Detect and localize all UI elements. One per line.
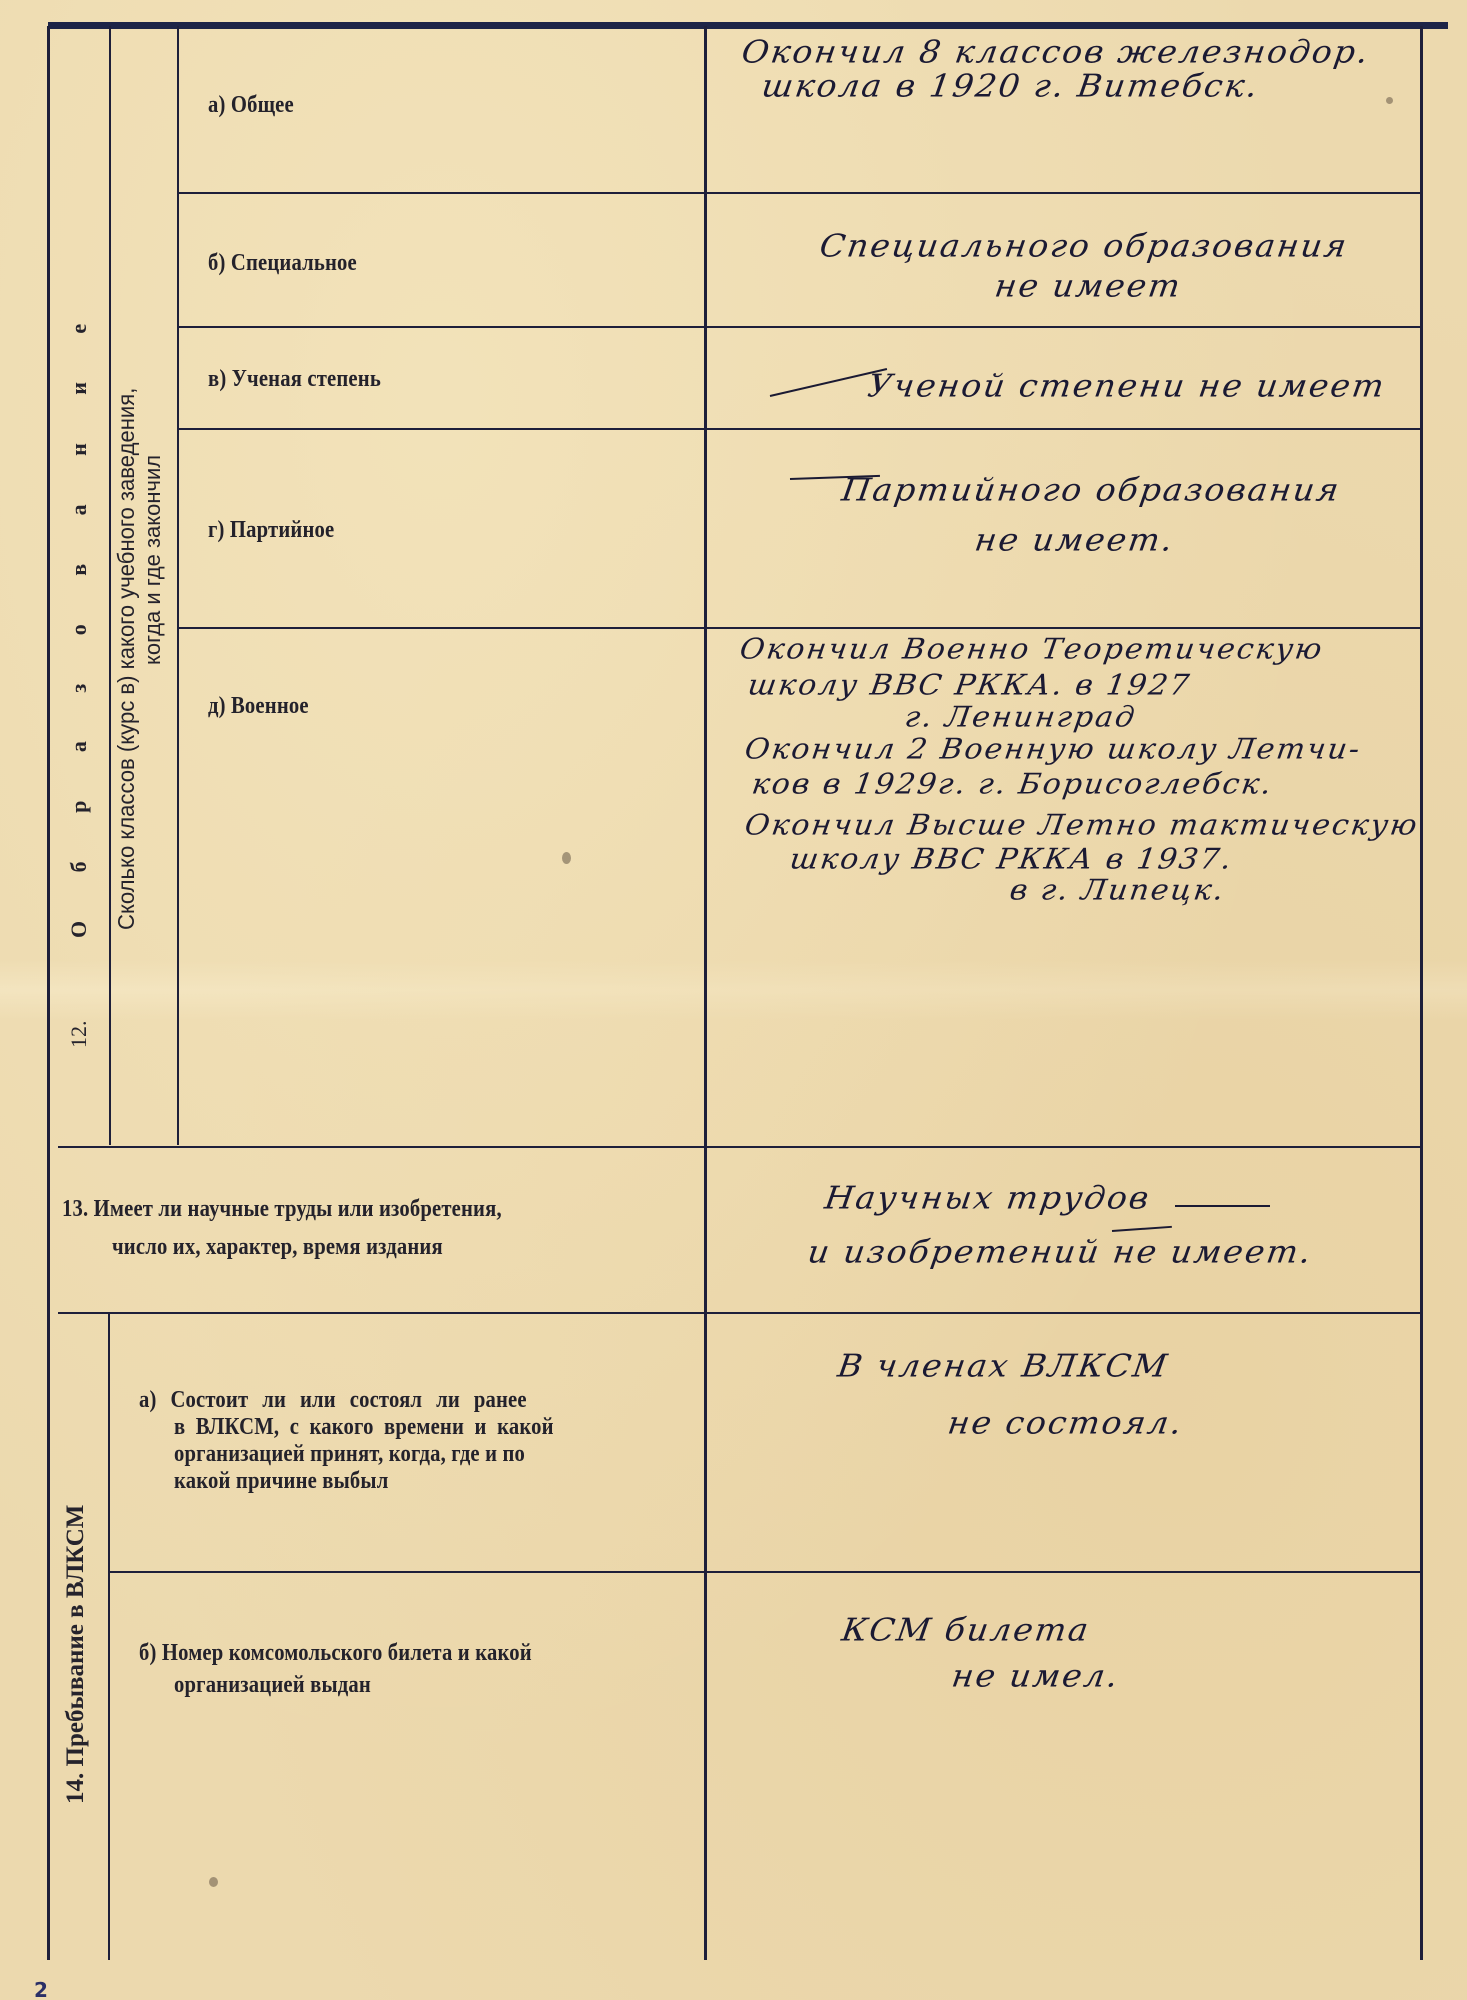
dash-stroke-13b [1112,1226,1172,1232]
top-border-rule [48,22,1448,29]
section14-label-column-rule [108,1312,110,1960]
answer-military-line1: Окончил Военно Теоретическую [738,633,1326,666]
section13-answer-line2: и изобретений не имеет. [805,1233,1315,1270]
section14a-label-line2: в ВЛКСМ, с какого времени и какой [174,1414,554,1441]
answer-party-line1: Партийного образования [839,471,1343,508]
answer-military-line7: школу ВВС РККА в 1937. [788,843,1235,876]
answer-degree: Ученой степени не имеет [865,367,1388,404]
row-label-party: г) Партийное [208,517,334,544]
row-rule-14a-end [109,1571,1420,1573]
left-border-rule [47,26,50,1960]
row-label-military: д) Военное [208,693,309,720]
section12-subtitle-line1: Сколько классов (курс в) какого учебного… [113,388,140,930]
answer-military-line2: школу ВВС РККА. в 1927 [746,669,1193,702]
answer-general-line1: Окончил 8 классов железнодор. [739,33,1372,70]
section12-subcolumn-rule [109,26,111,1145]
ink-blot [562,852,571,864]
row-rule-12a [178,192,1420,194]
answer-special-line2: не имеет [992,267,1184,304]
ink-blot [1386,97,1393,104]
row-rule-12c [178,428,1420,430]
answer-military-line4: Окончил 2 Военную школу Летчи- [743,733,1364,766]
ink-blot [209,1877,218,1887]
section14a-label-line3: организацией принят, когда, где и по [174,1441,525,1468]
dash-stroke-13 [1175,1205,1270,1207]
section14b-label-line2: организацией выдан [174,1672,371,1699]
section14b-answer-line1: КСМ билета [839,1611,1092,1648]
section12-number: 12. [66,1021,92,1049]
row-label-special: б) Специальное [208,250,357,277]
answer-military-line5: ков в 1929г. г. Борисоглебск. [750,768,1276,801]
answer-party-line2: не имеет. [972,521,1176,558]
section14b-answer-line2: не имел. [949,1657,1122,1694]
section13-answer-line1: Научных трудов [822,1179,1153,1216]
row-label-general: а) Общее [208,92,294,119]
section12-title: О б р а з о в а н и е [66,302,92,938]
section14a-answer-line2: не состоял. [945,1404,1185,1441]
section14a-label-line4: какой причине выбыл [174,1468,388,1495]
right-border-rule [1420,26,1423,1960]
section14b-label-line1: б) Номер комсомольского билета и какой [139,1640,532,1667]
row-label-degree: в) Ученая степень [208,366,381,393]
answer-general-line2: школа в 1920 г. Витебск. [759,67,1261,104]
section12-subtitle-line2: когда и где закончил [140,455,166,665]
answer-special-line1: Специального образования [817,227,1350,264]
answer-military-line6: Окончил Высше Летно тактическую [743,809,1421,842]
section13-label-line2: число их, характер, время издания [112,1234,443,1261]
answer-military-line8: в г. Липецк. [1008,874,1228,907]
main-divider-rule [704,26,707,1960]
section14a-label-line1: а) Состоит ли или состоял ли ранее [139,1387,527,1414]
section14a-answer-line1: В членах ВЛКСМ [835,1347,1171,1384]
row-rule-13-end [58,1312,1420,1314]
section14-title: 14. Пребывание в ВЛКСМ [62,1505,90,1804]
row-rule-12b [178,326,1420,328]
section13-label-line1: 13. Имеет ли научные труды или изобретен… [62,1196,502,1223]
row-rule-12d [178,627,1420,629]
row-rule-12-end [58,1146,1420,1148]
answer-military-line3: г. Ленинград [903,701,1139,734]
page-number: 2 [34,1978,48,2000]
